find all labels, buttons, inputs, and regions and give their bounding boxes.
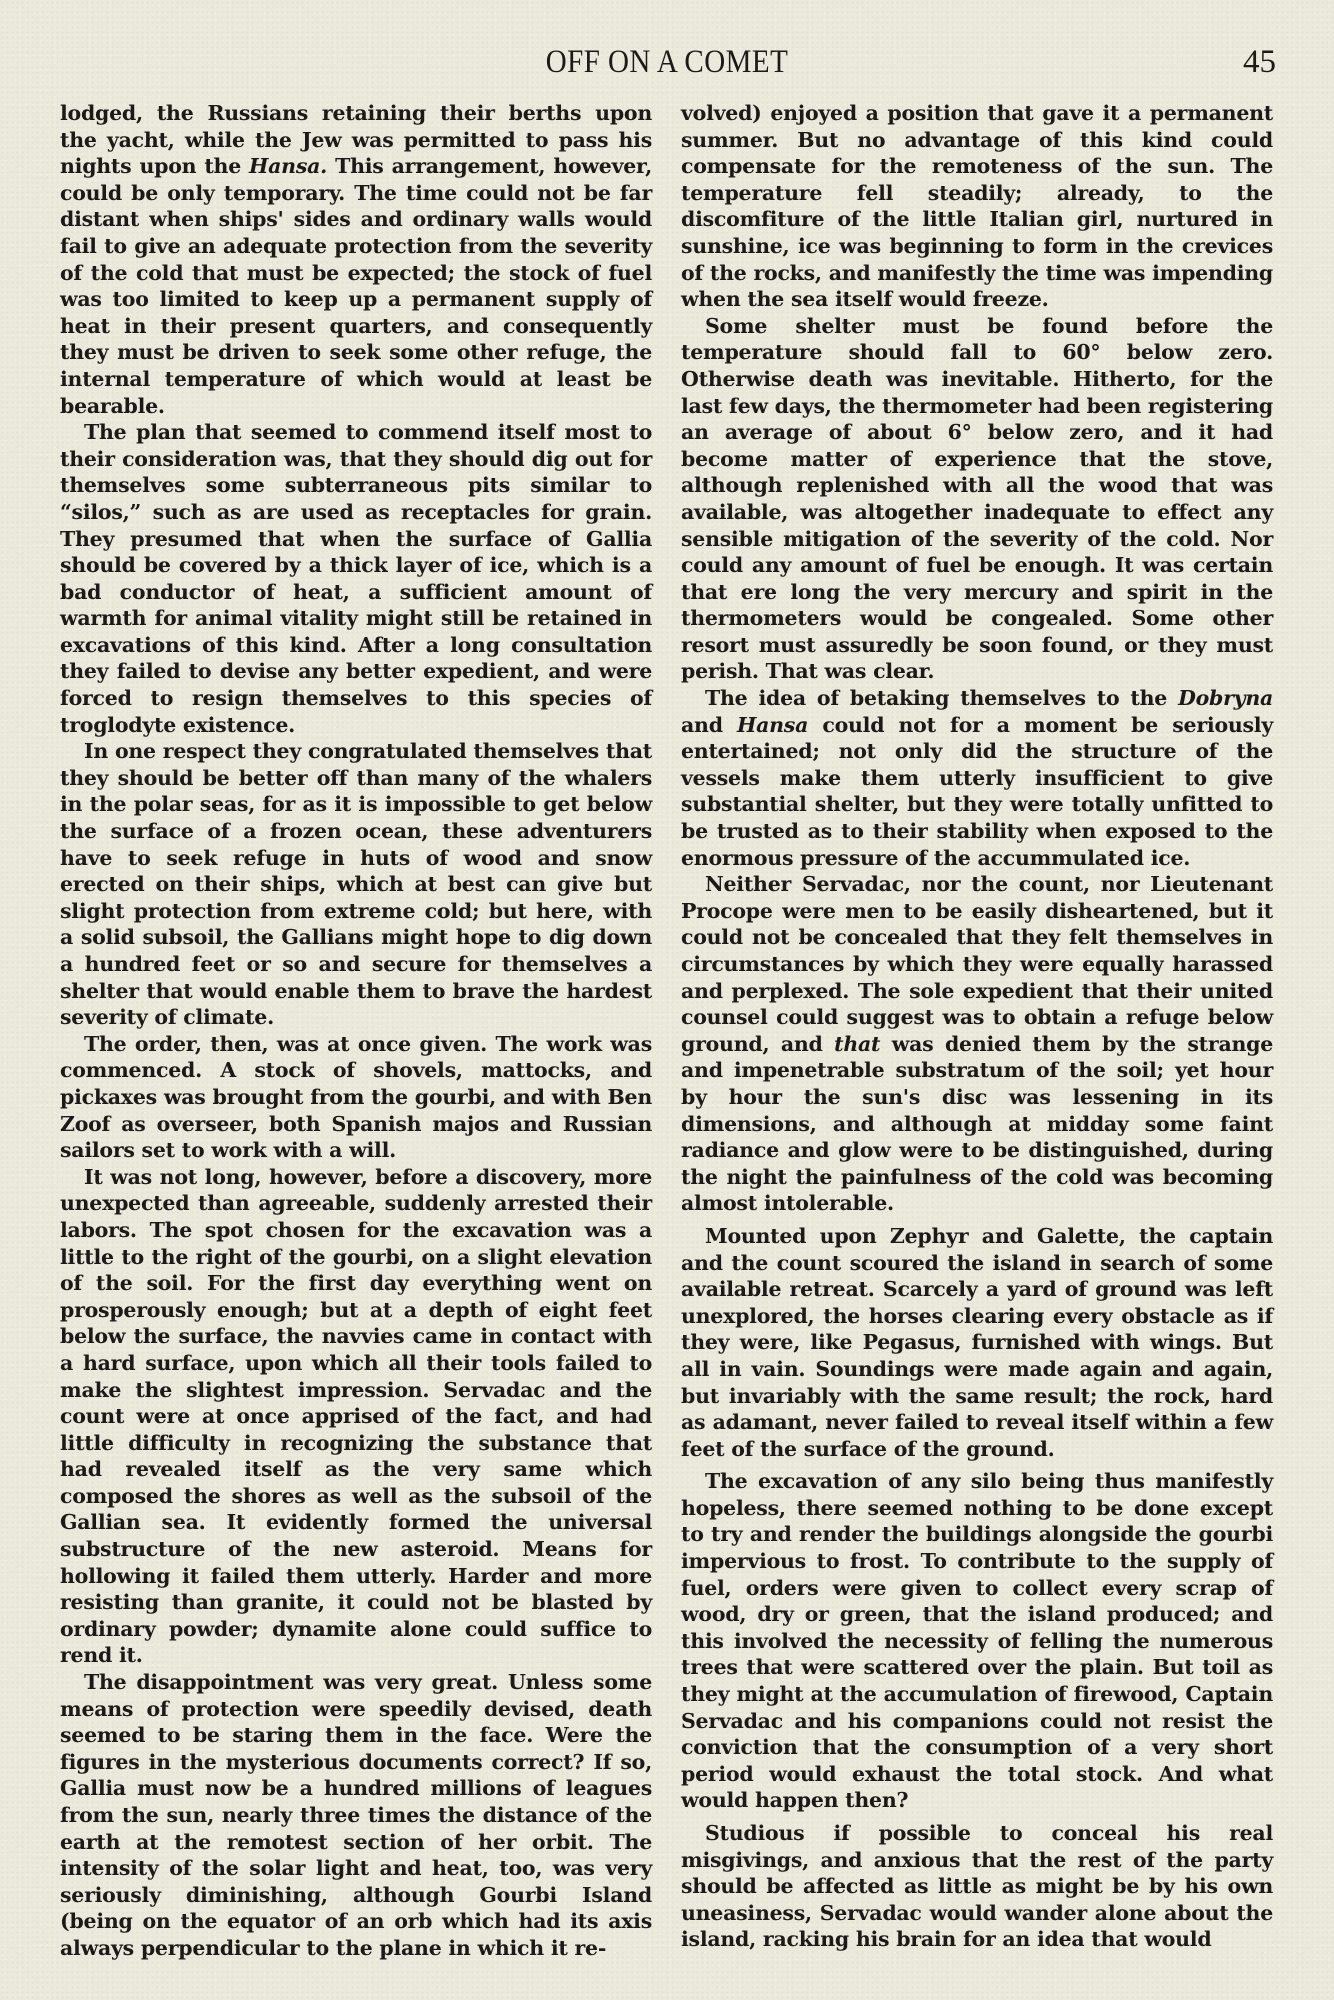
paragraph: Mounted upon Zephyr and Galette, the cap… bbox=[681, 1223, 1273, 1462]
paragraph: lodged, the Russians retaining their ber… bbox=[60, 100, 652, 419]
paragraph: Neither Servadac, nor the count, nor Lie… bbox=[681, 871, 1273, 1217]
paragraph: It was not long, however, before a disco… bbox=[60, 1164, 652, 1669]
page-number: 45 bbox=[1243, 44, 1276, 81]
page-header: OFF ON A COMET 45 bbox=[0, 44, 1334, 84]
paragraph: In one respect they congratulated themse… bbox=[60, 738, 652, 1031]
paragraph: The disappointment was very great. Unles… bbox=[60, 1669, 652, 1962]
right-column: volved) enjoyed a position that gave it … bbox=[681, 100, 1273, 1953]
paragraph: The idea of betaking themselves to the D… bbox=[681, 685, 1273, 871]
paragraph: Studious if possible to conceal his real… bbox=[681, 1820, 1273, 1953]
paragraph: The order, then, was at once given. The … bbox=[60, 1031, 652, 1164]
paragraph: Some shelter must be found before the te… bbox=[681, 313, 1273, 685]
paragraph: The excavation of any silo being thus ma… bbox=[681, 1468, 1273, 1814]
paragraph: volved) enjoyed a position that gave it … bbox=[681, 100, 1273, 313]
running-title: OFF ON A COMET bbox=[80, 44, 1254, 81]
left-column: lodged, the Russians retaining their ber… bbox=[60, 100, 652, 1962]
paragraph: The plan that seemed to commend itself m… bbox=[60, 419, 652, 738]
